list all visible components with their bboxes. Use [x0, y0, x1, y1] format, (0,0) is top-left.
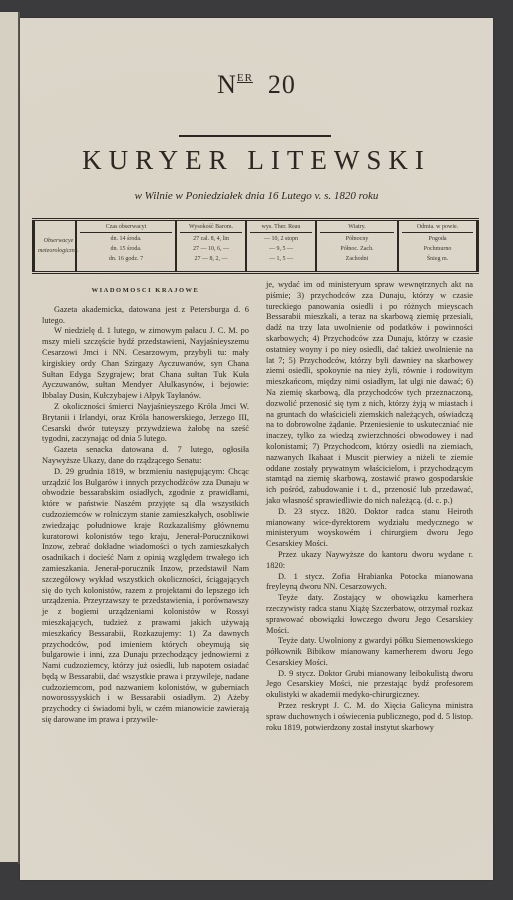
cell: dn. 15 środa.	[80, 244, 172, 254]
right-column: je, wydać im od ministeryum spraw wewnęt…	[266, 280, 473, 733]
paragraph: W niedzielę d. 1 lutego, w zimowym pałac…	[42, 326, 249, 402]
cell: 27 cal. 8, 4, lin	[180, 234, 242, 244]
newspaper-page: NER 20 KURYER LITEWSKI w Wilnie w Ponied…	[20, 18, 493, 880]
left-column: WIADOMOSCI KRAJOWE Gazeta akademicka, da…	[42, 280, 249, 733]
cell: Śnieg m.	[402, 254, 473, 264]
cell: dn. 16 godz. 7	[80, 254, 172, 264]
issue-number: NER 20	[20, 70, 493, 100]
cell: dn. 14 środa.	[80, 234, 172, 244]
number-suffix: ER	[237, 72, 253, 84]
cell: Zachodni	[320, 254, 394, 264]
cell: Północ. Zach.	[320, 244, 394, 254]
header-conditions: Odmia. w powie.	[402, 222, 473, 233]
article-columns: WIADOMOSCI KRAJOWE Gazeta akademicka, da…	[42, 280, 473, 733]
number-prefix: N	[217, 70, 237, 99]
paragraph: D. 1 stycz. Zofia Hrabianka Potocka mian…	[266, 572, 473, 594]
paragraph: D. 29 grudnia 1819, w brzmieniu następuj…	[42, 467, 249, 726]
cell: — 1, 5 —	[250, 254, 312, 264]
paragraph: Teyże daty. Uwolniony z gwardyi półku Si…	[266, 636, 473, 668]
cell: Północny	[320, 234, 394, 244]
dateline: w Wilnie w Poniedziałek dnia 16 Lutego v…	[20, 190, 493, 202]
header-time: Czas obserwacyi	[80, 222, 172, 233]
weather-col-thermometer: wys. Ther. Reau — 10, 2 stopn — 9, 5 — —…	[247, 221, 317, 271]
cell: — 9, 5 —	[250, 244, 312, 254]
paragraph: Przez ukazy Naywyższe do kantoru dworu w…	[266, 550, 473, 572]
paragraph: Gazeta akademicka, datowana jest z Peter…	[42, 305, 249, 327]
weather-table: Obserwacye meteorologiczne. Czas obserwa…	[32, 218, 479, 274]
weather-col-barometer: Wysokość Barom. 27 cal. 8, 4, lin 27 — 1…	[177, 221, 247, 271]
paragraph: Przez reskrypt J. C. M. do Xięcia Galicy…	[266, 701, 473, 733]
cell: — 10, 2 stopn	[250, 234, 312, 244]
paragraph: Z okoliczności śmierci Nayjaśnieyszego K…	[42, 402, 249, 445]
weather-col-conditions: Odmia. w powie. Pogoda Pochmurno Śnieg m…	[399, 221, 479, 271]
paragraph: D. 23 stycz. 1820. Doktor radca stanu He…	[266, 507, 473, 550]
paragraph: je, wydać im od ministeryum spraw wewnęt…	[266, 280, 473, 507]
previous-page-edge	[0, 12, 20, 864]
newspaper-title: KURYER LITEWSKI	[20, 145, 493, 176]
cell: 27 — 10, 6, —	[180, 244, 242, 254]
masthead-rule	[179, 135, 331, 137]
section-heading: WIADOMOSCI KRAJOWE	[42, 286, 249, 297]
header-thermometer: wys. Ther. Reau	[250, 222, 312, 233]
issue-number-value: 20	[268, 70, 296, 99]
weather-label: Obserwacye meteorologiczne.	[32, 221, 77, 271]
cell: Pogoda	[402, 234, 473, 244]
cell: Pochmurno	[402, 244, 473, 254]
weather-col-time: Czas obserwacyi dn. 14 środa. dn. 15 śro…	[77, 221, 177, 271]
paragraph: Gazeta senacka datowana d. 7 lutego, ogł…	[42, 445, 249, 467]
header-barometer: Wysokość Barom.	[180, 222, 242, 233]
header-wind: Wiatry.	[320, 222, 394, 233]
weather-col-wind: Wiatry. Północny Północ. Zach. Zachodni	[317, 221, 399, 271]
paragraph: D. 9 stycz. Doktor Grubi mianowany leibo…	[266, 669, 473, 701]
paragraph: Teyże daty. Zostający w obowiązku kamerh…	[266, 593, 473, 636]
cell: 27 — 8, 2, —	[180, 254, 242, 264]
